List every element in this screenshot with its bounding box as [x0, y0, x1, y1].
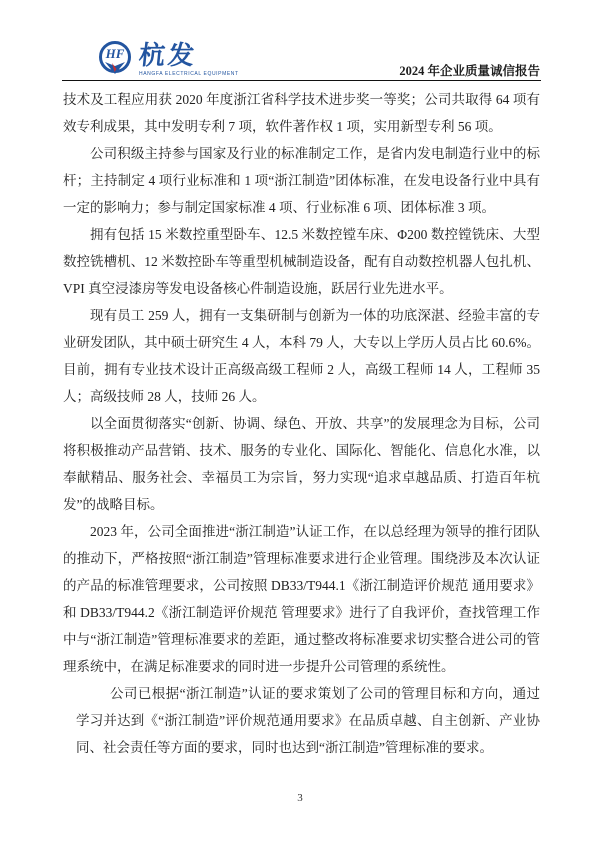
- logo-text-block: 杭发 HANGFA ELECTRICAL EQUIPMENT: [139, 43, 239, 77]
- paragraph-standards: 公司积级主持参与国家及行业的标准制定工作，是省内发电制造行业中的标杆；主持制定 …: [63, 140, 540, 221]
- paragraph-goals: 公司已根据“浙江制造”认证的要求策划了公司的管理目标和方向，通过学习并达到《“浙…: [76, 680, 540, 761]
- page-number: 3: [0, 792, 600, 804]
- hf-logo-icon: HF: [98, 41, 134, 79]
- paragraph-continuation: 技术及工程应用获 2020 年度浙江省科学技术进步奖一等奖；公司共取得 64 项…: [63, 86, 540, 140]
- company-logo: HF 杭发 HANGFA ELECTRICAL EQUIPMENT: [98, 41, 239, 79]
- report-title: 2024 年企业质量诚信报告: [399, 61, 540, 79]
- logo-sub-text: HANGFA ELECTRICAL EQUIPMENT: [139, 71, 239, 77]
- paragraph-strategy: 以全面贯彻落实“创新、协调、绿色、开放、共享”的发展理念为目标，公司将积极推动产…: [63, 410, 540, 518]
- paragraph-equipment: 拥有包括 15 米数控重型卧车、12.5 米数控镗车床、Φ200 数控镗铣床、大…: [63, 221, 540, 302]
- document-body: 技术及工程应用获 2020 年度浙江省科学技术进步奖一等奖；公司共取得 64 项…: [63, 86, 540, 761]
- paragraph-staff: 现有员工 259 人，拥有一支集研制与创新为一体的功底深湛、经验丰富的专业研发团…: [63, 302, 540, 410]
- paragraph-certification: 2023 年，公司全面推进“浙江制造”认证工作，在以总经理为领导的推行团队的推动…: [63, 518, 540, 680]
- logo-monogram: HF: [105, 46, 125, 61]
- document-page: HF 杭发 HANGFA ELECTRICAL EQUIPMENT 2024 年…: [0, 0, 600, 852]
- header-divider: [62, 80, 541, 81]
- logo-brand-text: 杭发: [138, 43, 240, 69]
